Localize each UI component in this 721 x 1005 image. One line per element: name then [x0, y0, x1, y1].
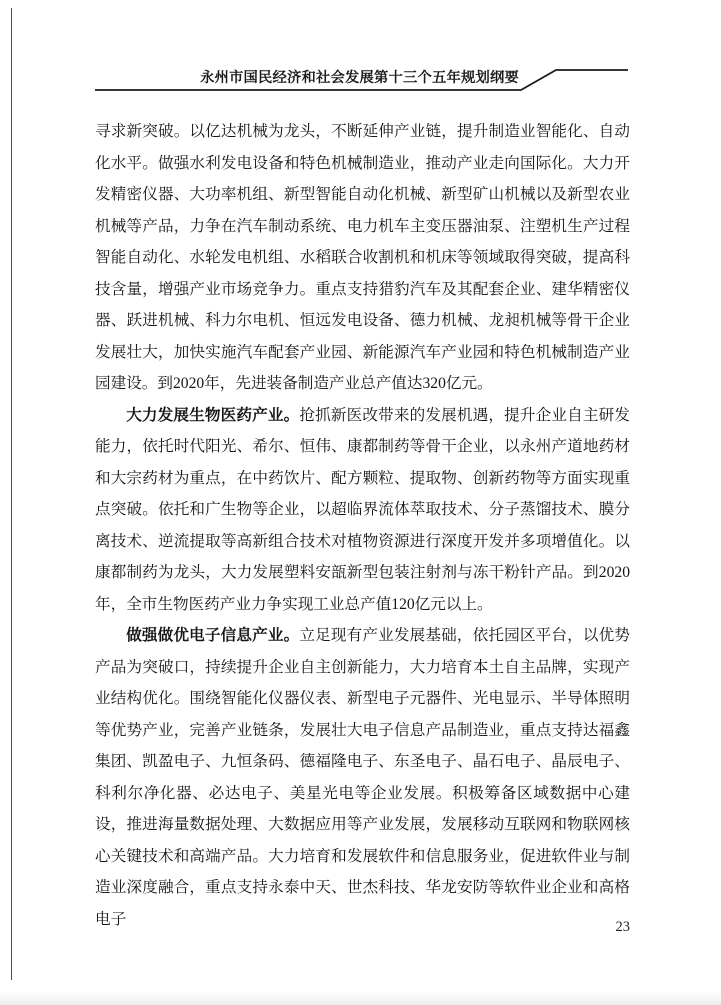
paragraph-lead: 做强做优电子信息产业。 [126, 627, 299, 644]
body-paragraph-2: 大力发展生物医药产业。抢抓新医改带来的发展机遇，提升企业自主研发能力，依托时代阳… [95, 400, 630, 621]
paragraph-text: 寻求新突破。以亿达机械为龙头，不断延伸产业链，提升制造业智能化、自动化水平。做强… [95, 123, 630, 392]
body-paragraph-3: 做强做优电子信息产业。立足现有产业发展基础，依托园区平台，以优势产品为突破口，持… [95, 620, 630, 935]
paragraph-text: 抢抓新医改带来的发展机遇，提升企业自主研发能力，依托时代阳光、希尔、恒伟、康都制… [95, 407, 630, 613]
body-paragraph-1: 寻求新突破。以亿达机械为龙头，不断延伸产业链，提升制造业智能化、自动化水平。做强… [95, 116, 630, 400]
scan-edge-line [11, 8, 12, 980]
page-number: 23 [95, 918, 630, 936]
paragraph-text: 立足现有产业发展基础，依托园区平台，以优势产品为突破口，持续提升企业自主创新能力… [95, 627, 630, 928]
bottom-scan-shadow [0, 991, 721, 1005]
header-rule-line [90, 60, 635, 100]
body-text-block: 寻求新突破。以亿达机械为龙头，不断延伸产业链，提升制造业智能化、自动化水平。做强… [95, 116, 630, 935]
document-page: 永州市国民经济和社会发展第十三个五年规划纲要 寻求新突破。以亿达机械为龙头，不断… [0, 0, 721, 1005]
paragraph-lead: 大力发展生物医药产业。 [126, 407, 299, 424]
